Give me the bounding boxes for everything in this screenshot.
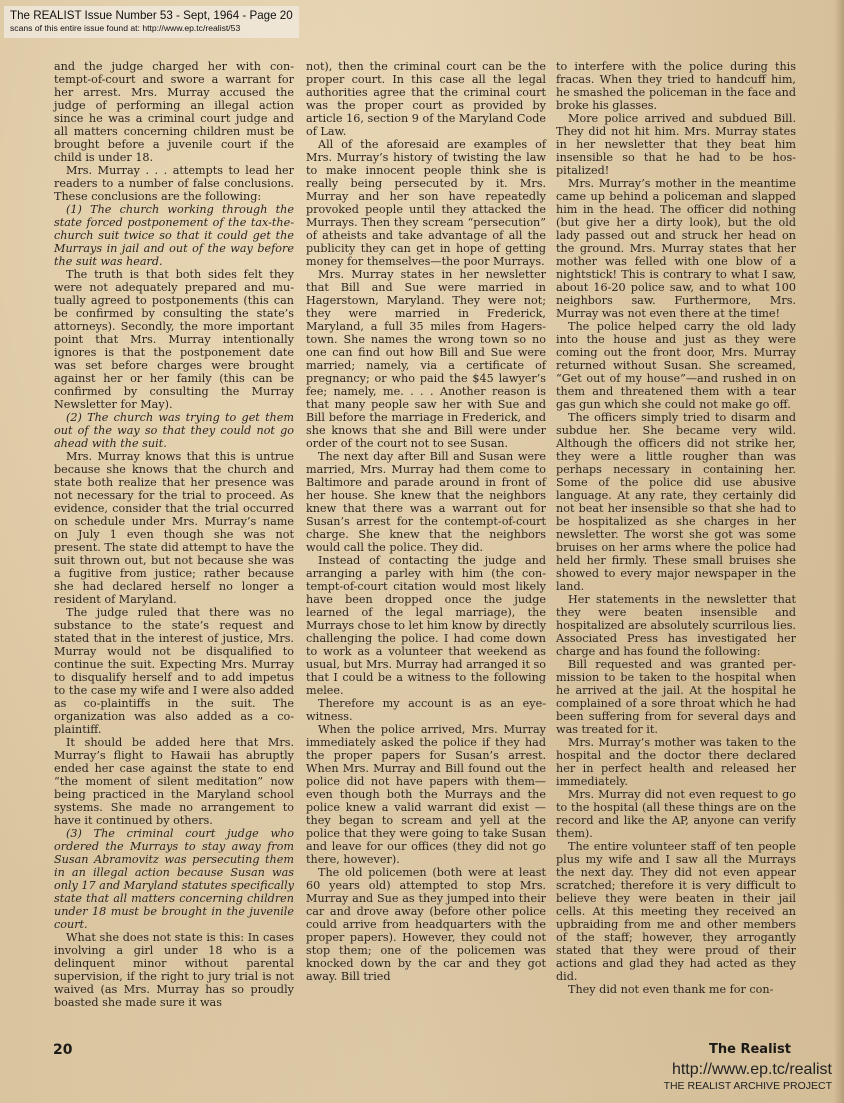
article-paragraph: Therefore my account is as an eye­witnes…: [306, 697, 546, 723]
page-number: 20: [53, 1042, 72, 1058]
article-paragraph: The police helped carry the old lady int…: [556, 320, 796, 411]
article-paragraph: not), then the criminal court can be the…: [306, 60, 546, 138]
article-paragraph: Mrs. Murray states in her newsletter tha…: [306, 268, 546, 450]
article-paragraph: Mrs. Murray . . . attempts to lead her r…: [54, 164, 294, 203]
archive-url-link[interactable]: http://www.ep.tc/realist: [672, 1061, 832, 1079]
publication-logo: The Realist: [709, 1042, 791, 1057]
article-paragraph: They did not even thank me for con-: [556, 983, 796, 996]
article-paragraph: The entire volunteer staff of ten peo­pl…: [556, 840, 796, 983]
article-paragraph: Mrs. Murray’s mother was taken to the ho…: [556, 736, 796, 788]
article-paragraph: All of the aforesaid are examples of Mrs…: [306, 138, 546, 268]
article-paragraph: More police arrived and subdued Bill. Th…: [556, 112, 796, 177]
article-paragraph: (1) The church working through the state…: [54, 203, 294, 268]
article-paragraph: The judge ruled that there was no substa…: [54, 606, 294, 736]
article-column-3: to interfere with the police during this…: [556, 60, 796, 996]
article-paragraph: It should be added here that Mrs. Murray…: [54, 736, 294, 827]
article-paragraph: (3) The criminal court judge who ordered…: [54, 827, 294, 931]
article-paragraph: The next day after Bill and Susan were m…: [306, 450, 546, 554]
article-paragraph: and the judge charged her with con­tempt…: [54, 60, 294, 164]
article-paragraph: (2) The church was trying to get them ou…: [54, 411, 294, 450]
article-paragraph: The truth is that both sides felt they w…: [54, 268, 294, 411]
archive-project-name: THE REALIST ARCHIVE PROJECT: [664, 1080, 832, 1092]
article-paragraph: The officers simply tried to disarm and …: [556, 411, 796, 593]
article-paragraph: Instead of contacting the judge and arra…: [306, 554, 546, 697]
article-paragraph: What she does not state is this: In case…: [54, 931, 294, 1009]
article-paragraph: Mrs. Murray’s mother in the mean­time ca…: [556, 177, 796, 320]
article-paragraph: Mrs. Murray did not even request to go t…: [556, 788, 796, 840]
article-paragraph: The old policemen (both were at least 60…: [306, 866, 546, 983]
article-paragraph: When the police arrived, Mrs. Mur­ray im…: [306, 723, 546, 866]
article-paragraph: Mrs. Murray knows that this is un­true b…: [54, 450, 294, 606]
scan-source-note: scans of this entire issue found at: htt…: [10, 23, 293, 34]
article-column-2: not), then the criminal court can be the…: [306, 60, 546, 983]
page-edge-shadow: [834, 0, 844, 1103]
article-paragraph: Bill requested and was granted per­missi…: [556, 658, 796, 736]
issue-title: The REALIST Issue Number 53 - Sept, 1964…: [10, 9, 293, 23]
scan-header: The REALIST Issue Number 53 - Sept, 1964…: [4, 6, 299, 38]
article-column-1: and the judge charged her with con­tempt…: [54, 60, 294, 1009]
article-paragraph: Her statements in the newsletter that th…: [556, 593, 796, 658]
article-paragraph: to interfere with the police during this…: [556, 60, 796, 112]
